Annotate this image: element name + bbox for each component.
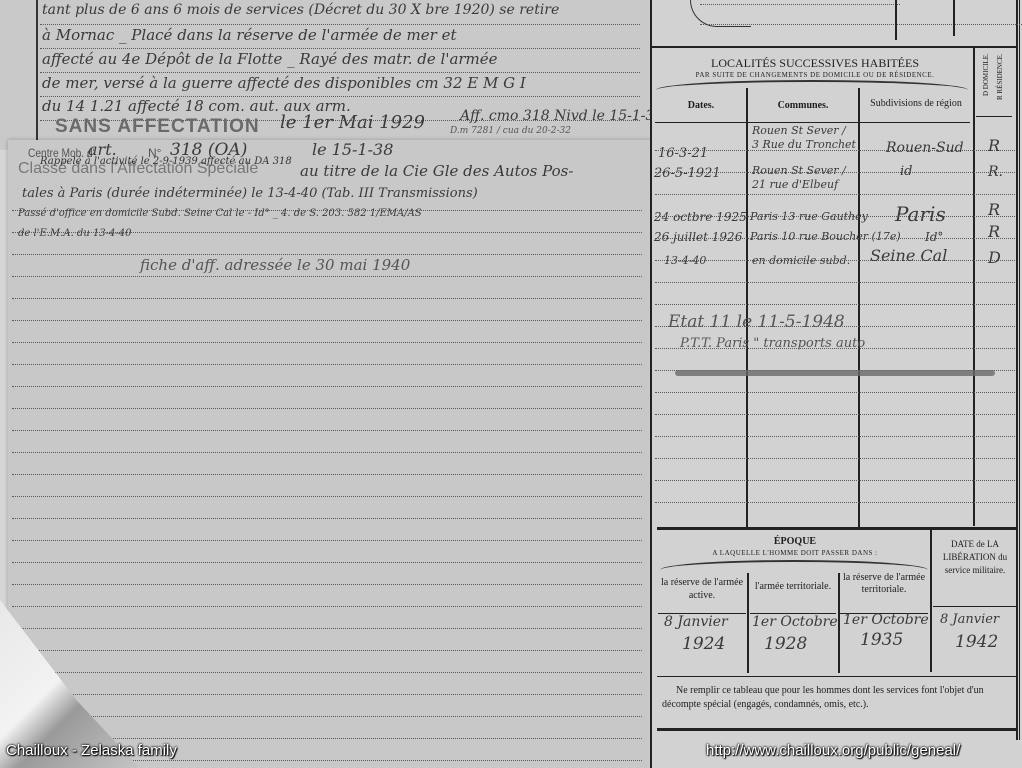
ruled-line	[12, 716, 642, 717]
ruled-line	[12, 650, 642, 651]
ruled-line	[12, 342, 642, 343]
slip-line: au titre de la Cie Gle des Autos Pos-	[300, 162, 573, 180]
ruled-line	[12, 298, 642, 299]
ruled-line	[12, 606, 642, 607]
ruled-line	[12, 562, 642, 563]
ruled-line	[12, 430, 642, 431]
column-divider	[746, 88, 748, 528]
col-header-communes: Communes.	[748, 100, 858, 111]
etat-note: Etat 11 le 11-5-1948	[668, 312, 845, 332]
pencil-strike	[675, 370, 995, 376]
ruled-line	[655, 194, 1015, 195]
ptt-note: P.T.T. Paris " transports auto	[680, 336, 865, 351]
localites-subtitle: PAR SUITE DE CHANGEMENTS DE DOMICILE OU …	[660, 71, 970, 79]
ruled-line	[12, 584, 642, 585]
section-rule	[657, 676, 1017, 677]
row-code: R	[988, 136, 1000, 155]
col-header-territoriale: l'armée territoriale.	[750, 580, 836, 593]
ruled-line	[12, 496, 642, 497]
liberation-day: 8 Janvier	[940, 612, 999, 627]
row-commune: Paris 10 rue Boucher (17e)	[750, 230, 901, 243]
row-subdivision: Id°	[925, 230, 943, 244]
record-line: à Mornac _ Placé dans la réserve de l'ar…	[42, 26, 457, 44]
rappel-overwrite: Rappelé à l'activité le 2-9-1939 affecté…	[40, 156, 292, 167]
ruled-line	[700, 4, 900, 5]
epoque-subtitle: A LAQUELLE L'HOMME DOIT PASSER DANS :	[660, 549, 930, 557]
ruled-line	[655, 480, 1015, 481]
row-subdivision: Rouen-Sud	[886, 140, 964, 156]
form-border-right-inner	[1019, 0, 1020, 740]
ruled-line	[12, 364, 642, 365]
ruled-line	[12, 518, 642, 519]
ruled-line	[700, 24, 1022, 25]
column-divider	[747, 573, 749, 673]
ruled-line	[655, 414, 1015, 415]
ruled-line	[655, 436, 1015, 437]
row-date: 24 octbre 1925	[654, 210, 747, 224]
ruled-line	[12, 474, 642, 475]
sans-affectation-stamp: SANS AFFECTATION	[55, 116, 260, 138]
row-commune: Rouen St Sever / 3 Rue du Tronchet	[752, 124, 856, 152]
ruled-line	[655, 282, 1015, 283]
column-divider	[973, 46, 975, 526]
row-date: 13-4-40	[664, 254, 706, 267]
record-line: de mer, versé à la guerre affecté des di…	[42, 74, 526, 92]
row-code: R.	[988, 164, 1003, 180]
col-header-liberation: DATE de LA LIBÉRATION du service militai…	[933, 538, 1017, 577]
localites-title: LOCALITÉS SUCCESSIVES HABITÉES	[660, 56, 970, 71]
ruled-line	[12, 540, 642, 541]
row-date: 26 juillet 1926	[654, 230, 742, 244]
ruled-line	[40, 72, 640, 73]
ruled-line	[655, 304, 1015, 305]
watermark-family: Chailloux - Zelaska family	[6, 742, 177, 759]
affectation-note: Aff. cmo 318 Nivd le 15-1-38	[460, 108, 663, 124]
column-divider	[858, 88, 860, 528]
row-commune: Rouen St Sever / 21 rue d'Elbeuf	[752, 164, 856, 192]
fiche-note: fiche d'aff. adressée le 30 mai 1940	[140, 256, 410, 274]
ruled-line	[40, 24, 640, 25]
territoriale-year: 1928	[764, 634, 807, 654]
slip-line: de l'E.M.A. du 13-4-40	[18, 228, 132, 239]
ruled-line	[12, 254, 642, 255]
ruled-line	[40, 48, 640, 49]
ruled-line	[12, 408, 642, 409]
section-rule	[657, 527, 1017, 530]
ruled-line	[655, 392, 1015, 393]
slip-date: le 15-1-38	[312, 140, 393, 159]
row-date: 16-3-21	[658, 146, 708, 161]
section-rule	[657, 728, 1017, 731]
row-commune: en domicile subd.	[752, 254, 850, 267]
affectation-subnote: D.m 7281 / cua du 20-2-32	[450, 126, 571, 136]
epoque-footnote: Ne remplir ce tableau que pour les homme…	[662, 684, 1014, 712]
row-subdivision: Seine Cal	[870, 246, 947, 265]
reserve-territoriale-day: 1er Octobre	[843, 612, 929, 628]
epoque-title: ÉPOQUE	[660, 536, 930, 547]
domicile-header: D DOMICILE.	[982, 53, 990, 96]
record-line: affecté au 4e Dépôt de la Flotte _ Rayé …	[42, 50, 498, 68]
col-header-dates: Dates.	[656, 100, 746, 111]
reserve-territoriale-year: 1935	[860, 630, 903, 650]
reserve-active-day: 8 Janvier	[664, 614, 728, 630]
col-header-subdivisions: Subdivisions de région	[860, 98, 972, 109]
column-divider	[930, 530, 932, 672]
row-subdivision: Paris	[895, 202, 946, 226]
record-line: tant plus de 6 ans 6 mois de services (D…	[42, 2, 559, 18]
row-code: R	[988, 200, 1000, 219]
ruled-line	[655, 502, 1015, 503]
ruled-line	[12, 672, 642, 673]
header-rule	[976, 116, 1012, 117]
ruled-line	[12, 694, 642, 695]
col-header-reserve-territoriale: la réserve de l'armée territoriale.	[840, 572, 928, 596]
form-border-right	[1016, 0, 1018, 740]
territoriale-day: 1er Octobre	[752, 614, 838, 630]
row-subdivision: id	[900, 164, 912, 179]
slip-line: tales à Paris (durée indéterminée) le 13…	[22, 186, 478, 201]
row-code: R	[988, 222, 1000, 241]
row-code: D	[988, 248, 1001, 267]
stamp-date: le 1er Mai 1929	[280, 112, 425, 133]
previous-box-divider	[953, 0, 955, 36]
residence-header: R RÉSIDENCE.	[996, 53, 1004, 100]
slip-line: Passé d'office en domicile Subd. Seine C…	[18, 208, 422, 219]
ruled-line	[12, 276, 642, 277]
liberation-year: 1942	[955, 632, 998, 652]
form-border-left	[650, 0, 652, 768]
row-commune: Paris 13 rue Gauthey	[750, 210, 868, 223]
ruled-line	[655, 458, 1015, 459]
header-rule	[655, 122, 970, 123]
margin-rule	[36, 0, 38, 150]
col-header-reserve-active: la réserve de l'armée active.	[658, 576, 746, 602]
previous-box-divider	[895, 0, 897, 40]
ruled-line	[12, 386, 642, 387]
ruled-line	[12, 452, 642, 453]
watermark-url[interactable]: http://www.chailloux.org/public/geneal/	[706, 742, 960, 759]
section-rule	[652, 46, 1016, 48]
ruled-line	[12, 628, 642, 629]
row-date: 26-5-1921	[654, 166, 721, 181]
header-rule	[933, 606, 1017, 607]
reserve-active-year: 1924	[682, 634, 725, 654]
ruled-line	[12, 320, 642, 321]
